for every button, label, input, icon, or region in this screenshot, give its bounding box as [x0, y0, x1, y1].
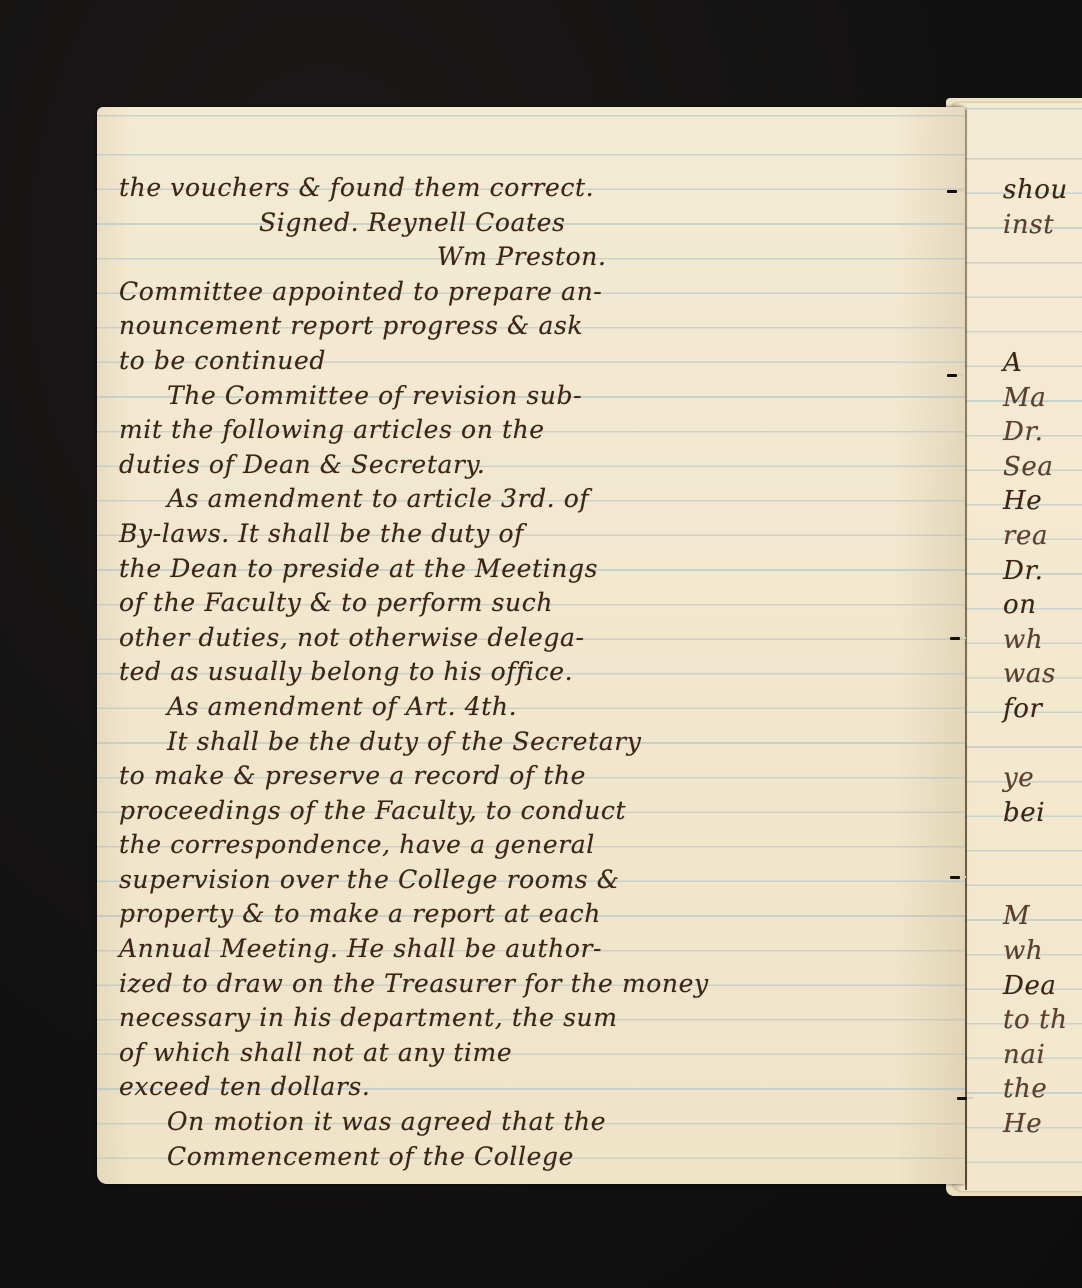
right-text-line: Dr. — [1003, 554, 1082, 589]
right-text-line — [1003, 830, 1082, 865]
text-line: proceedings of the Faculty, to conduct — [119, 794, 949, 829]
text-line: to make & preserve a record of the — [119, 759, 949, 794]
text-line: exceed ten dollars. — [119, 1070, 949, 1105]
binding-stitch-icon — [950, 637, 960, 640]
binding-stitch-icon — [957, 1097, 967, 1100]
right-text-line: for — [1003, 692, 1082, 727]
text-line: the correspondence, have a general — [119, 828, 949, 863]
text-line: As amendment of Art. 4th. — [119, 690, 949, 725]
text-line: The Committee of revision sub- — [119, 379, 949, 414]
text-line: supervision over the College rooms & — [119, 863, 949, 898]
text-line: to be continued — [119, 344, 949, 379]
right-text-line: nai — [1003, 1038, 1082, 1073]
text-line: of the Faculty & to perform such — [119, 586, 949, 621]
right-text-line: M — [1003, 899, 1082, 934]
text-line: Annual Meeting. He shall be author- — [119, 932, 949, 967]
binding-stitch-icon — [947, 374, 957, 377]
left-page: the vouchers & found them correct. Signe… — [97, 107, 965, 1184]
right-text-line: ye — [1003, 761, 1082, 796]
text-line: As amendment to article 3rd. of — [119, 482, 949, 517]
text-line: necessary in his department, the sum — [119, 1001, 949, 1036]
right-text-line: the — [1003, 1072, 1082, 1107]
text-line: Committee appointed to prepare an- — [119, 275, 949, 310]
right-text-line: wh — [1003, 623, 1082, 658]
right-text-line — [1003, 727, 1082, 762]
text-line: ized to draw on the Treasurer for the mo… — [119, 967, 949, 1002]
binding-gutter — [965, 110, 967, 1190]
right-text-line — [1003, 865, 1082, 900]
left-page-text: the vouchers & found them correct. Signe… — [119, 171, 949, 1174]
right-text-line: bei — [1003, 796, 1082, 831]
right-text-line: Sea — [1003, 450, 1082, 485]
right-page: shou inst A Ma Dr. Sea He rea Dr. on wh … — [953, 103, 1082, 1191]
right-text-line: on — [1003, 588, 1082, 623]
text-line: On motion it was agreed that the — [119, 1105, 949, 1140]
right-page-text: shou inst A Ma Dr. Sea He rea Dr. on wh … — [1003, 173, 1082, 1142]
binding-stitch-icon — [950, 876, 960, 879]
right-text-line: was — [1003, 657, 1082, 692]
right-text-line: Dea — [1003, 969, 1082, 1004]
right-text-line: inst — [1003, 208, 1082, 243]
right-text-line: rea — [1003, 519, 1082, 554]
text-line: property & to make a report at each — [119, 897, 949, 932]
text-line: other duties, not otherwise delega- — [119, 621, 949, 656]
text-line: of which shall not at any time — [119, 1036, 949, 1071]
right-text-line: wh — [1003, 934, 1082, 969]
text-line: nouncement report progress & ask — [119, 309, 949, 344]
right-text-line: shou — [1003, 173, 1082, 208]
text-line: the Dean to preside at the Meetings — [119, 552, 949, 587]
right-text-line: Dr. — [1003, 415, 1082, 450]
right-text-line — [1003, 311, 1082, 346]
right-text-line — [1003, 277, 1082, 312]
signature-line: Signed. Reynell Coates — [119, 206, 949, 241]
text-line: the vouchers & found them correct. — [119, 171, 949, 206]
right-text-line: A — [1003, 346, 1082, 381]
text-line: ted as usually belong to his office. — [119, 655, 949, 690]
text-line: It shall be the duty of the Secretary — [119, 725, 949, 760]
right-text-line: He — [1003, 1107, 1082, 1142]
right-text-line: to th — [1003, 1003, 1082, 1038]
right-text-line — [1003, 242, 1082, 277]
text-line: mit the following articles on the — [119, 413, 949, 448]
text-line: duties of Dean & Secretary. — [119, 448, 949, 483]
right-text-line: He — [1003, 484, 1082, 519]
right-text-line: Ma — [1003, 381, 1082, 416]
signature-line: Wm Preston. — [119, 240, 949, 275]
text-line: Commencement of the College — [119, 1140, 949, 1175]
binding-stitch-icon — [947, 190, 957, 193]
text-line: By-laws. It shall be the duty of — [119, 517, 949, 552]
